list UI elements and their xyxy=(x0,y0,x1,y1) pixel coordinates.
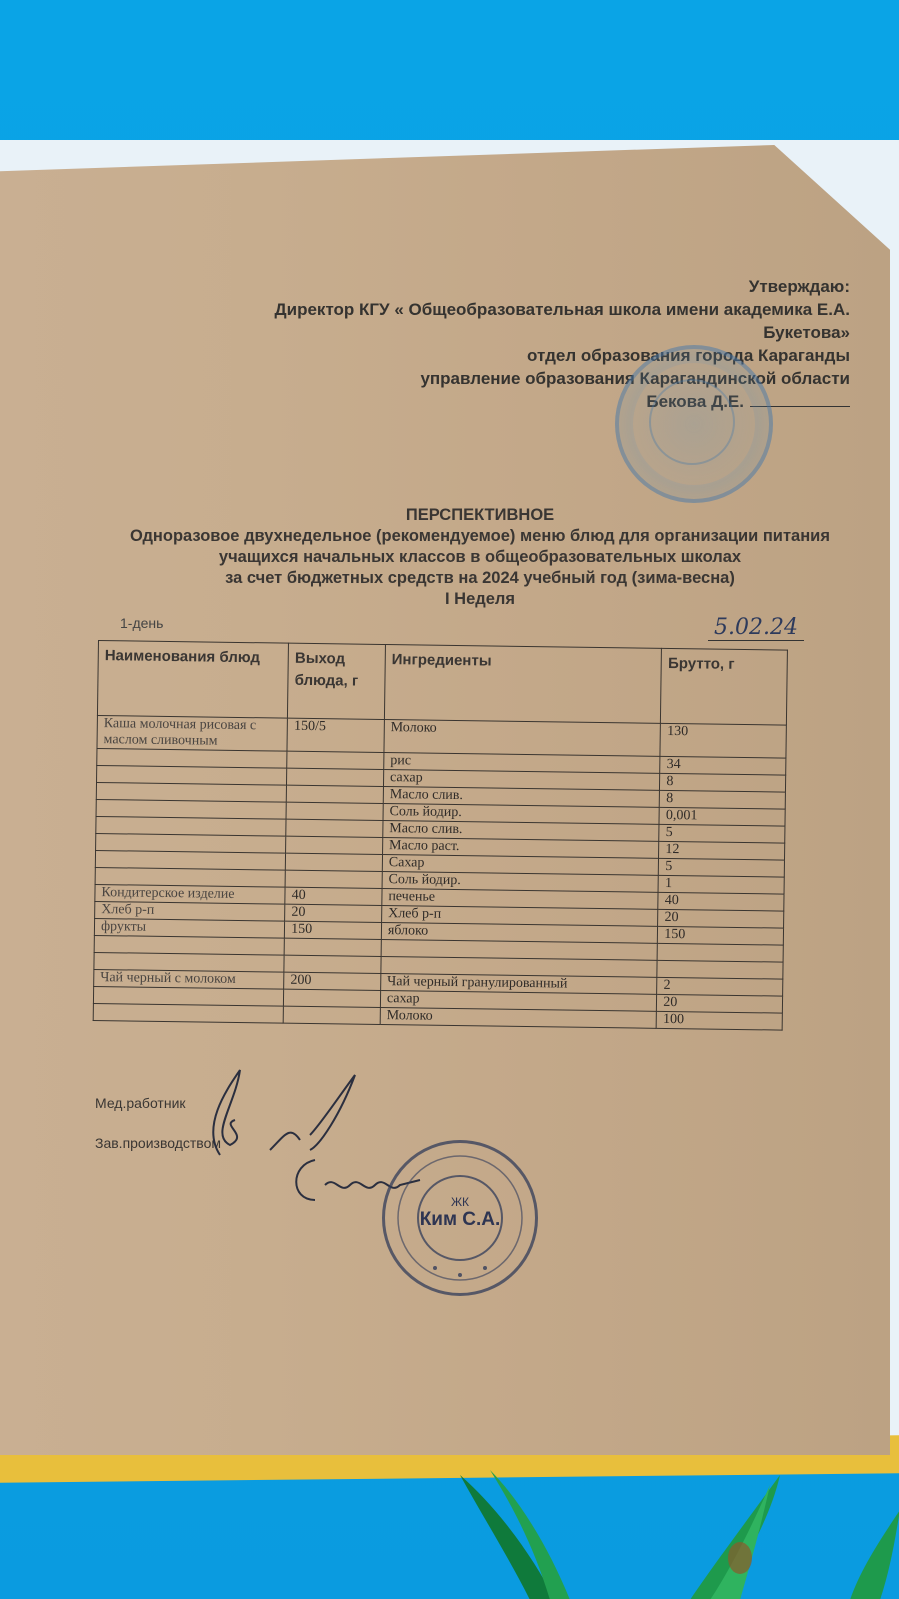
plant-leaves-icon xyxy=(440,1470,899,1599)
week-label: I Неделя xyxy=(100,589,860,610)
title-perspective: ПЕРСПЕКТИВНОЕ xyxy=(100,505,860,526)
cell-dish-name: Хлеб р-п xyxy=(95,901,285,921)
cell-dish-name: Чай черный с молоком xyxy=(94,969,284,989)
menu-table: Наименования блюд Выход блюда, г Ингреди… xyxy=(93,640,788,1031)
med-worker-label: Мед.работник xyxy=(95,1095,186,1111)
cell-portion xyxy=(284,955,381,973)
cell-gross: 40 xyxy=(658,892,784,911)
title-description-2: учащихся начальных классов в общеобразов… xyxy=(100,547,860,568)
cell-gross xyxy=(657,960,783,979)
title-description-3: за счет бюджетных средств на 2024 учебны… xyxy=(100,568,860,589)
cell-portion xyxy=(284,938,381,956)
header-dish-name: Наименования блюд xyxy=(97,641,288,719)
cell-gross: 5 xyxy=(659,858,785,877)
cell-portion xyxy=(286,853,383,871)
cell-dish-name xyxy=(93,1003,283,1023)
cell-portion: 150 xyxy=(285,921,382,939)
official-stamp-icon xyxy=(615,345,773,503)
handwritten-date: 5.02.24 xyxy=(708,615,804,641)
menu-document: Утверждаю: Директор КГУ « Общеобразовате… xyxy=(0,145,890,1455)
stamp-type: ЖК xyxy=(385,1195,535,1209)
cell-gross xyxy=(657,943,783,962)
cell-gross: 130 xyxy=(660,723,786,758)
cell-gross: 1 xyxy=(658,875,784,894)
cell-gross: 12 xyxy=(659,841,785,860)
cell-portion xyxy=(286,836,383,854)
cell-gross: 2 xyxy=(657,977,783,996)
cell-portion xyxy=(287,768,384,786)
cell-dish-name: фрукты xyxy=(94,918,284,938)
cell-ingredient: Молоко xyxy=(384,720,661,757)
table-header-row: Наименования блюд Выход блюда, г Ингреди… xyxy=(97,641,787,726)
cell-portion xyxy=(285,870,382,888)
cell-portion xyxy=(283,1006,380,1024)
cell-gross: 34 xyxy=(660,756,786,775)
cell-portion: 20 xyxy=(285,904,382,922)
table-body: Каша молочная рисовая с маслом сливочным… xyxy=(93,715,786,1030)
cell-gross: 20 xyxy=(657,994,783,1013)
cell-gross: 20 xyxy=(658,909,784,928)
cell-ingredient: Молоко xyxy=(380,1007,657,1028)
cell-gross: 8 xyxy=(660,790,786,809)
header-gross: Брутто, г xyxy=(661,648,788,725)
school-name-end: Букетова» xyxy=(130,321,850,344)
cell-portion: 40 xyxy=(285,887,382,905)
cell-gross: 0,001 xyxy=(659,807,785,826)
cell-gross: 150 xyxy=(658,926,784,945)
cell-gross: 8 xyxy=(660,773,786,792)
cell-gross: 5 xyxy=(659,824,785,843)
cell-portion: 200 xyxy=(284,972,381,990)
cell-portion xyxy=(287,751,384,769)
document-title: ПЕРСПЕКТИВНОЕ Одноразовое двухнедельное … xyxy=(100,505,860,610)
header-portion: Выход блюда, г xyxy=(288,643,386,719)
cell-portion xyxy=(286,819,383,837)
personal-stamp-icon: ЖК Ким С.А. xyxy=(382,1140,538,1296)
cell-portion: 150/5 xyxy=(287,718,384,752)
approval-heading: Утверждаю: xyxy=(130,275,850,298)
cell-dish-name: Кондитерское изделие xyxy=(95,884,285,904)
cell-portion xyxy=(284,989,381,1007)
cell-gross: 100 xyxy=(656,1011,782,1030)
stamp-emblem xyxy=(649,379,735,465)
header-ingredients: Ингредиенты xyxy=(384,645,661,724)
title-description-1: Одноразовое двухнедельное (рекомендуемое… xyxy=(100,526,860,547)
cell-dish-name: Каша молочная рисовая с маслом сливочным xyxy=(97,715,288,751)
stamp-name: Ким С.А. xyxy=(385,1209,535,1231)
director-line: Директор КГУ « Общеобразовательная школа… xyxy=(130,298,850,321)
day-label: 1-день xyxy=(120,615,163,631)
cell-portion xyxy=(286,785,383,803)
cell-portion xyxy=(286,802,383,820)
